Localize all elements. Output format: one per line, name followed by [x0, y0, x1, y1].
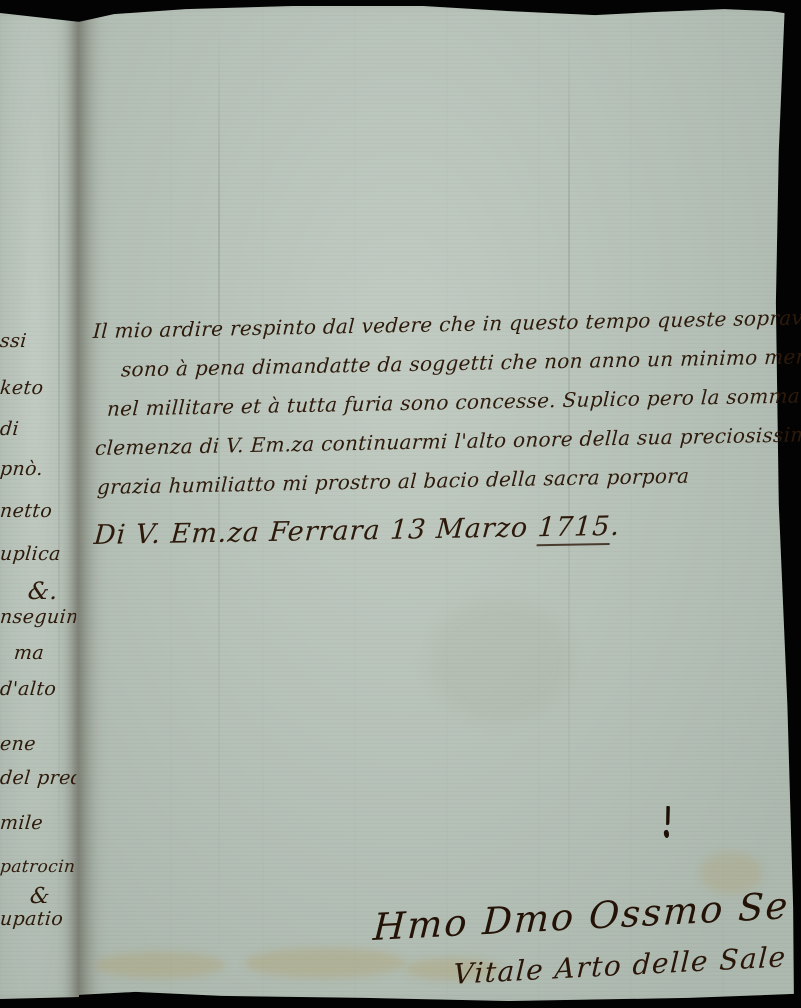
ink-blot-mark: [662, 806, 672, 840]
margin-fragment: ene: [0, 733, 77, 755]
margin-fragment: nseguim.: [0, 606, 77, 628]
paper-crease: [568, 20, 570, 988]
dateline-year: 1715: [537, 511, 612, 546]
show-through-stain: [95, 952, 225, 978]
margin-fragment: d'alto: [0, 678, 77, 700]
margin-fragment: del pred.: [0, 767, 77, 789]
margin-fragment: di: [0, 418, 77, 440]
margin-fragment: uplica: [0, 543, 77, 565]
margin-fragment: upatio: [0, 908, 77, 930]
margin-fragment: pnò.: [0, 458, 77, 480]
margin-fragment: ssi: [0, 330, 77, 352]
show-through-stain: [430, 600, 570, 720]
scan-background: ssi keto di pnò. netto uplica &. nseguim…: [0, 0, 801, 1008]
margin-fragment: mile: [0, 812, 77, 834]
margin-fragment: netto: [0, 500, 77, 522]
ink-blot-dot: [663, 830, 670, 839]
ink-blot-stroke: [664, 806, 670, 825]
letter-body: Il mio ardire respinto dal vedere che in…: [84, 299, 788, 508]
margin-fragment: keto: [0, 377, 77, 399]
margin-fragment: patrocino: [0, 857, 77, 877]
